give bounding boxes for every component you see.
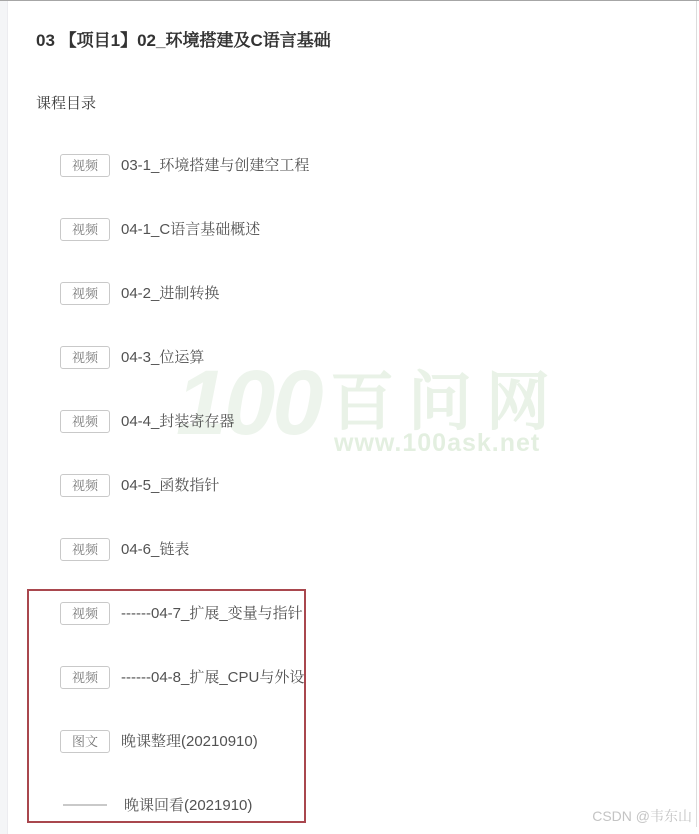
course-item-title[interactable]: 04-3_位运算 [121, 347, 204, 368]
item-type-badge: 视频 [60, 602, 110, 625]
course-list-item[interactable]: 视频 ------04-7_扩展_变量与指针 [60, 581, 620, 645]
course-list-item[interactable]: 视频 ------04-8_扩展_CPU与外设 [60, 645, 620, 709]
course-item-title[interactable]: 04-6_链表 [121, 539, 189, 560]
course-list-item[interactable]: 视频 04-6_链表 [60, 517, 620, 581]
course-list-item[interactable]: 视频 03-1_环境搭建与创建空工程 [60, 133, 620, 197]
course-list-item[interactable]: 视频 04-4_封装寄存器 [60, 389, 620, 453]
item-type-badge: 视频 [60, 474, 110, 497]
course-item-title[interactable]: 晚课整理(20210910) [121, 731, 258, 752]
course-page: 03 【项目1】02_环境搭建及C语言基础 课程目录 100 百问网 www.1… [0, 0, 699, 834]
page-left-gutter [0, 1, 8, 834]
item-type-badge: 视频 [60, 538, 110, 561]
course-item-title[interactable]: ------04-7_扩展_变量与指针 [121, 603, 303, 624]
page-title: 03 【项目1】02_环境搭建及C语言基础 [36, 30, 331, 51]
course-item-title[interactable]: 04-2_进制转换 [121, 283, 219, 304]
course-item-title[interactable]: 04-4_封装寄存器 [121, 411, 234, 432]
csdn-author-credit: CSDN @韦东山 [592, 807, 692, 825]
course-list-item[interactable]: 图文 晚课整理(20210910) [60, 709, 620, 773]
section-title: 课程目录 [36, 94, 96, 114]
item-type-badge: 视频 [60, 282, 110, 305]
item-type-badge: 视频 [60, 666, 110, 689]
item-type-badge: 图文 [60, 730, 110, 753]
course-list-item[interactable]: 视频 04-2_进制转换 [60, 261, 620, 325]
course-list-item[interactable]: 视频 04-3_位运算 [60, 325, 620, 389]
course-list-item[interactable]: 视频 04-1_C语言基础概述 [60, 197, 620, 261]
course-list-item[interactable]: 视频 04-5_函数指针 [60, 453, 620, 517]
course-item-title[interactable]: ------04-8_扩展_CPU与外设 [121, 667, 304, 688]
course-list: 视频 03-1_环境搭建与创建空工程 视频 04-1_C语言基础概述 视频 04… [60, 133, 620, 834]
course-item-title[interactable]: 03-1_环境搭建与创建空工程 [121, 155, 309, 176]
course-list-item[interactable]: 晚课回看(2021910) [60, 773, 620, 834]
item-type-badge: 视频 [60, 346, 110, 369]
course-item-title[interactable]: 晚课回看(2021910) [124, 795, 252, 816]
course-item-title[interactable]: 04-1_C语言基础概述 [121, 219, 260, 240]
course-item-title[interactable]: 04-5_函数指针 [121, 475, 219, 496]
item-type-badge: 视频 [60, 218, 110, 241]
page-right-border [696, 1, 697, 827]
item-type-badge: 视频 [60, 410, 110, 433]
item-type-badge: 视频 [60, 154, 110, 177]
item-dash-line [63, 804, 107, 806]
